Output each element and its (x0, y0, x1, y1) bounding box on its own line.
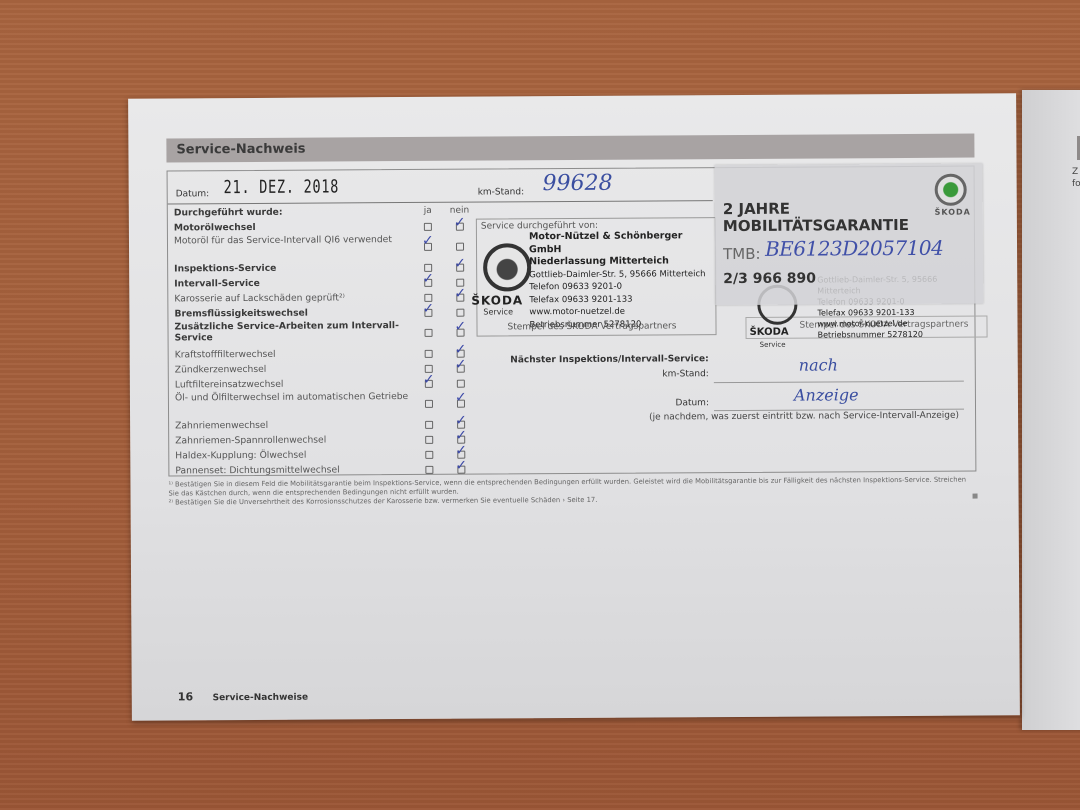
checkbox-ja[interactable] (424, 309, 432, 317)
col-ja-label: ja (424, 204, 432, 219)
footer-title: Service-Nachweise (213, 693, 309, 704)
section-end-mark (973, 494, 978, 499)
checklist-item-label: Karosserie auf Lackschäden geprüft²⁾ (174, 290, 409, 306)
stamp-brand: ŠKODA (750, 327, 789, 338)
checklist-item-label: Bremsflüssigkeitswechsel (174, 305, 409, 321)
sticker-heading: 2 JAHRE MOBILITÄTSGARANTIE (723, 200, 909, 235)
skoda-logo-icon (935, 174, 967, 206)
checklist-item-label: Zündkerzenwechsel (175, 361, 410, 377)
section-header: Service-Nachweis (166, 134, 974, 163)
checklist-item-label: Intervall-Service (174, 275, 409, 291)
checkbox-nein[interactable] (457, 400, 465, 408)
checkbox-nein[interactable] (456, 243, 464, 251)
checkbox-nein[interactable] (457, 380, 465, 388)
checklist-item-label: Öl- und Ölfilterwechsel im automatischen… (175, 391, 410, 403)
datum-label: Datum: (176, 189, 210, 199)
page-number: 16 (178, 690, 193, 703)
stamp-address-block: Motor-Nützel & Schönberger GmbH Niederla… (529, 230, 716, 331)
checkbox-nein[interactable] (456, 223, 464, 231)
sticker-brand: ŠKODA (935, 208, 971, 217)
right-page-text-fragment: Z fo (1072, 166, 1080, 190)
next-km-line (714, 381, 964, 384)
checklist-item-label: Zahnriemenwechsel (175, 417, 410, 433)
checkbox-nein[interactable] (456, 294, 464, 302)
checklist-item-label: Kraftstofffilterwechsel (175, 346, 410, 362)
service-checklist: Durchgeführt wurde: ja nein Motorölwechs… (174, 204, 471, 479)
next-km-label: km-Stand: (662, 369, 708, 379)
checkbox-ja[interactable] (425, 350, 433, 358)
checkbox-ja[interactable] (424, 223, 432, 231)
checklist-item-label: Motoröl für das Service-Intervall QI6 ve… (174, 234, 409, 246)
checkbox-ja[interactable] (425, 329, 433, 337)
checklist-items: MotorölwechselMotoröl für das Service-In… (174, 219, 471, 479)
checklist-item-label: Zusätzliche Service-Arbeiten zum Interva… (174, 320, 409, 343)
date-km-row: Datum: 21. DEZ. 2018 km-Stand: 99628 (168, 168, 713, 204)
dealer-stamp-box: Service durchgeführt von: ŠKODA Service … (476, 217, 717, 336)
checklist-item: Motoröl für das Service-Intervall QI6 ve… (174, 234, 469, 262)
checkbox-ja[interactable] (425, 380, 433, 388)
checkbox-nein[interactable] (457, 365, 465, 373)
checklist-item: Zusätzliche Service-Arbeiten zum Interva… (174, 320, 469, 348)
checkbox-ja[interactable] (425, 436, 433, 444)
datum-stamp-value[interactable]: 21. DEZ. 2018 (224, 176, 340, 198)
tmb-label: TMB: (723, 245, 761, 263)
checklist-item-label: Zahnriemen-Spannrollenwechsel (175, 432, 410, 448)
km-handwritten-value[interactable]: 99628 (543, 171, 613, 196)
next-datum-label: Datum: (675, 398, 709, 408)
checklist-item-label: Motorölwechsel (174, 219, 409, 235)
checkbox-nein[interactable] (457, 466, 465, 474)
sticker-number: 2/3 966 890 (723, 271, 816, 288)
checkbox-nein[interactable] (456, 264, 464, 272)
checkbox-ja[interactable] (425, 451, 433, 459)
checklist-item: Öl- und Ölfilterwechsel im automatischen… (175, 391, 470, 419)
next-service-note: (je nachdem, was zuerst eintritt bzw. na… (649, 411, 959, 423)
stamp-brand-sub: Service (483, 307, 513, 316)
checkbox-ja[interactable] (424, 243, 432, 251)
tmb-handwritten-vin[interactable]: BE6123D2057104 (765, 236, 943, 261)
checkbox-ja[interactable] (425, 400, 433, 408)
checkbox-ja[interactable] (424, 279, 432, 287)
checkbox-nein[interactable] (457, 329, 465, 337)
checkbox-ja[interactable] (425, 421, 433, 429)
section-header-title: Service-Nachweis (176, 142, 305, 158)
checklist-item-label: Inspektions-Service (174, 260, 409, 276)
footnotes: ¹⁾ Bestätigen Sie in diesem Feld die Mob… (168, 476, 968, 508)
checkbox-ja[interactable] (425, 466, 433, 474)
stamp-brand-sub: Service (760, 341, 786, 349)
stamp-brand: ŠKODA (471, 293, 523, 307)
next-service-title: Nächster Inspektions/Intervall-Service: (510, 354, 708, 365)
km-label: km-Stand: (478, 187, 524, 197)
stamp-footer: Stempel des ŠKODA Vertragspartners (507, 321, 676, 332)
checklist-item: Pannenset: Dichtungsmittelwechsel (175, 462, 470, 479)
checklist-item-label: Haldex-Kupplung: Ölwechsel (175, 447, 410, 463)
skoda-logo-icon (483, 243, 531, 291)
mobility-guarantee-sticker: ŠKODA 2 JAHRE MOBILITÄTSGARANTIE TMB: BE… (715, 163, 984, 305)
checkbox-nein[interactable] (456, 309, 464, 317)
right-page-edge: Z fo (1022, 90, 1080, 730)
next-datum-handwritten[interactable]: Anzeige (794, 385, 859, 404)
booklet-page: Service-Nachweis Datum: 21. DEZ. 2018 km… (128, 93, 1020, 720)
checklist-item-label: Luftfiltereinsatzwechsel (175, 376, 410, 392)
checklist-item-label: Pannenset: Dichtungsmittelwechsel (175, 462, 410, 478)
page-footer: 16 Service-Nachweise (178, 690, 308, 704)
